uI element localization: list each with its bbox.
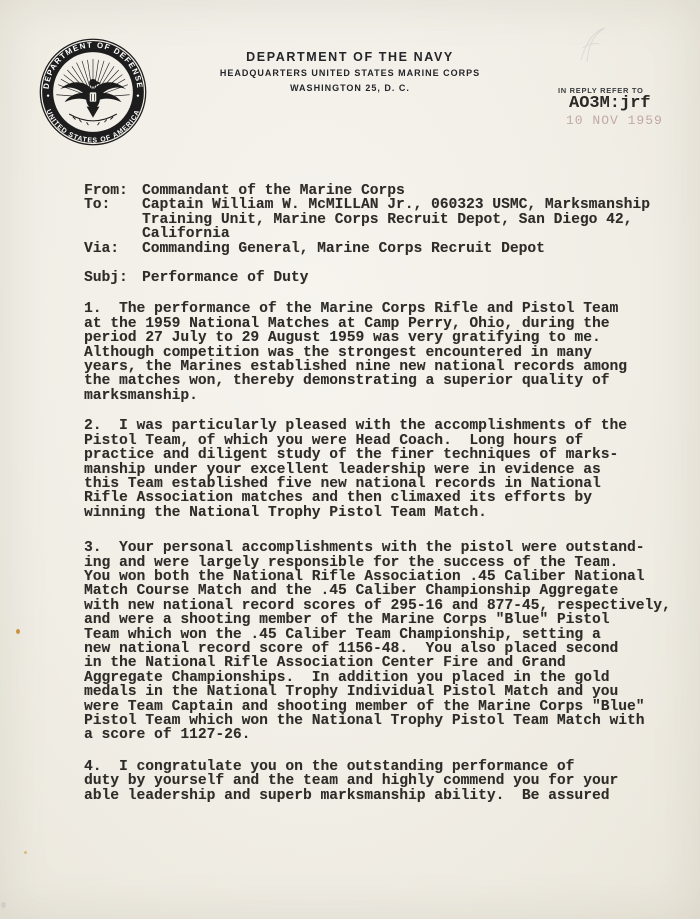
paragraph-4: 4. I congratulate you on the outstanding… (84, 760, 696, 803)
to-label: To: (84, 198, 142, 212)
to-value: Captain William W. McMILLAN Jr., 060323 … (142, 198, 650, 241)
subject-row: Subj: Performance of Duty (84, 271, 696, 285)
via-row: Via: Commanding General, Marine Corps Re… (84, 242, 696, 256)
paragraph-2: 2. I was particularly pleased with the a… (84, 419, 696, 520)
dod-seal-icon: DEPARTMENT OF DEFENSE UNITED STATES OF A… (38, 37, 148, 147)
paper-speck (16, 629, 20, 634)
to-row: To: Captain William W. McMILLAN Jr., 060… (84, 198, 696, 241)
typed-letter-body: From: Commandant of the Marine Corps To:… (84, 184, 696, 803)
via-value: Commanding General, Marine Corps Recruit… (142, 242, 545, 256)
paper-speck (1, 902, 6, 908)
from-label: From: (84, 184, 142, 198)
letterhead-headquarters: HEADQUARTERS UNITED STATES MARINE CORPS (175, 68, 525, 78)
paper-speck (24, 851, 27, 854)
paragraph-3: 3. Your personal accomplishments with th… (84, 541, 696, 743)
reply-code: AO3M:jrf (569, 94, 651, 113)
subject-value: Performance of Duty (142, 271, 308, 285)
subject-label: Subj: (84, 271, 142, 285)
via-label: Via: (84, 242, 142, 256)
received-date-stamp: 10 NOV 1959 (566, 113, 663, 128)
paragraph-1: 1. The performance of the Marine Corps R… (84, 302, 696, 403)
letter-page: DEPARTMENT OF DEFENSE UNITED STATES OF A… (0, 0, 700, 919)
letterhead-department: DEPARTMENT OF THE NAVY (175, 50, 525, 64)
letterhead-city: WASHINGTON 25, D. C. (175, 83, 525, 93)
pencil-scribble (575, 18, 635, 68)
